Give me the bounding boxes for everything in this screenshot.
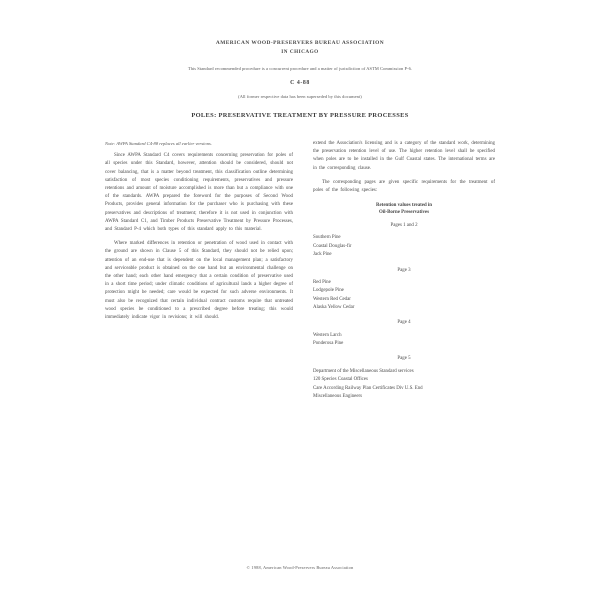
page-group: Page 5Department of the Miscellaneous St… [313, 355, 495, 401]
page-groups-list: Pages 1 and 2Southern PineCoastal Dougla… [313, 222, 495, 401]
page-group-title: Pages 1 and 2 [313, 222, 495, 230]
standard-designation: C 4-88 [0, 80, 600, 86]
document-header: AMERICAN WOOD-PRESERVERS BUREAU ASSOCIAT… [0, 0, 600, 119]
left-column: Note: AWPA Standard C4-88 replaces all e… [105, 140, 293, 328]
page-group-item: Jack Pine [313, 251, 495, 259]
page-group-item: Coastal Douglas-fir [313, 243, 495, 251]
page-group-item: Care According Railway Plan Certificates… [313, 385, 495, 393]
page-group-item: 120 Species Coastal Offices [313, 376, 495, 384]
right-column: extend the Association's licensing and i… [313, 140, 495, 408]
document-title: POLES: PRESERVATIVE TREATMENT BY PRESSUR… [0, 112, 600, 119]
species-list-heading: Retention values treated in Oil-Borne Pr… [313, 202, 495, 216]
page-group-item: Western Red Cedar [313, 296, 495, 304]
page-group-item: Red Pine [313, 279, 495, 287]
body-paragraph: extend the Association's licensing and i… [313, 140, 495, 173]
copyright-footer: © 1988, American Wood-Preservers Bureau … [0, 565, 600, 570]
footnote-line: Note: AWPA Standard C4-88 replaces all e… [105, 140, 293, 148]
page-group-item: Western Larch [313, 332, 495, 340]
body-paragraph: The corresponding pages are given specif… [313, 179, 495, 195]
page-group: Page 3Red PineLodgepole PineWestern Red … [313, 267, 495, 313]
organization-subline: IN CHICAGO [0, 49, 600, 55]
page-group: Pages 1 and 2Southern PineCoastal Dougla… [313, 222, 495, 259]
scanned-content: AMERICAN WOOD-PRESERVERS BUREAU ASSOCIAT… [0, 0, 600, 119]
page-group-item: Department of the Miscellaneous Standard… [313, 368, 495, 376]
revision-note: (All former respective data has been sup… [0, 94, 600, 99]
jurisdiction-note: This Standard recommended procedure is a… [0, 66, 600, 71]
document-page: AMERICAN WOOD-PRESERVERS BUREAU ASSOCIAT… [0, 0, 600, 600]
organization-name: AMERICAN WOOD-PRESERVERS BUREAU ASSOCIAT… [0, 40, 600, 46]
page-group-item: Alaska Yellow Cedar [313, 304, 495, 312]
body-paragraph: Where marked differences in retention or… [105, 240, 293, 322]
body-paragraph: Since AWPA Standard C4 covers requiremen… [105, 152, 293, 234]
page-group-title: Page 4 [313, 319, 495, 327]
page-group-item: Ponderosa Pine [313, 340, 495, 348]
page-group-item: Miscellaneous Engineers [313, 393, 495, 401]
page-group: Page 4Western LarchPonderosa Pine [313, 319, 495, 348]
page-group-item: Southern Pine [313, 234, 495, 242]
body-columns: Note: AWPA Standard C4-88 replaces all e… [105, 140, 495, 408]
page-group-title: Page 3 [313, 267, 495, 275]
species-list-heading-line1: Retention values treated in [313, 202, 495, 209]
page-group-title: Page 5 [313, 355, 495, 363]
page-group-item: Lodgepole Pine [313, 287, 495, 295]
species-list-heading-line2: Oil-Borne Preservatives [313, 209, 495, 216]
